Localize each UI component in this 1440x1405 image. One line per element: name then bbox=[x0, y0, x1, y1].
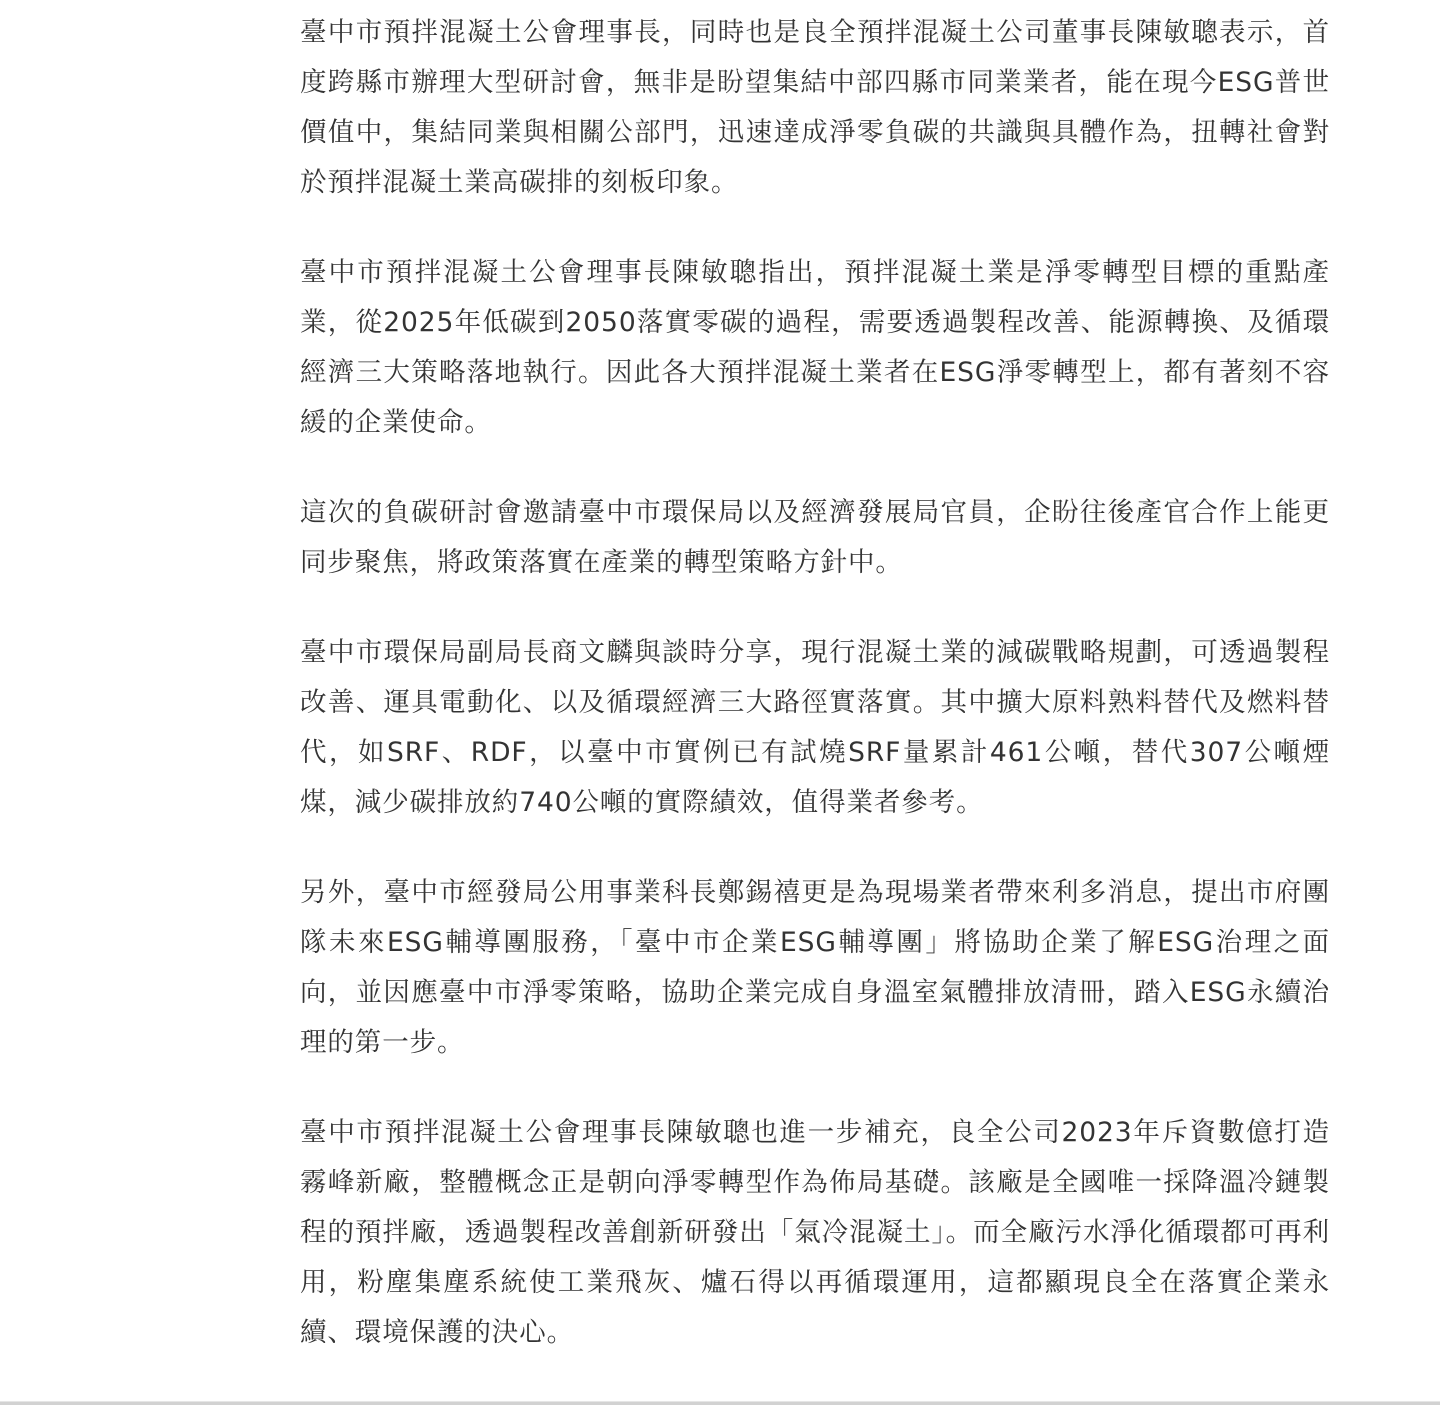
article-paragraph-5: 另外，臺中市經發局公用事業科長鄭錫禧更是為現場業者帶來利多消息，提出市府團隊未來… bbox=[300, 868, 1330, 1068]
article-paragraph-6: 臺中市預拌混凝土公會理事長陳敏聰也進一步補充，良全公司2023年斥資數億打造霧峰… bbox=[300, 1108, 1330, 1358]
article-paragraph-2: 臺中市預拌混凝土公會理事長陳敏聰指出，預拌混凝土業是淨零轉型目標的重點產業，從2… bbox=[300, 248, 1330, 448]
article-paragraph-1: 臺中市預拌混凝土公會理事長，同時也是良全預拌混凝土公司董事長陳敏聰表示，首度跨縣… bbox=[300, 8, 1330, 208]
page-bottom-divider bbox=[0, 1401, 1440, 1405]
article-paragraph-4: 臺中市環保局副局長商文麟與談時分享，現行混凝土業的減碳戰略規劃，可透過製程改善、… bbox=[300, 628, 1330, 828]
article-body: 臺中市預拌混凝土公會理事長，同時也是良全預拌混凝土公司董事長陳敏聰表示，首度跨縣… bbox=[300, 8, 1330, 1398]
article-paragraph-3: 這次的負碳研討會邀請臺中市環保局以及經濟發展局官員，企盼往後產官合作上能更同步聚… bbox=[300, 488, 1330, 588]
